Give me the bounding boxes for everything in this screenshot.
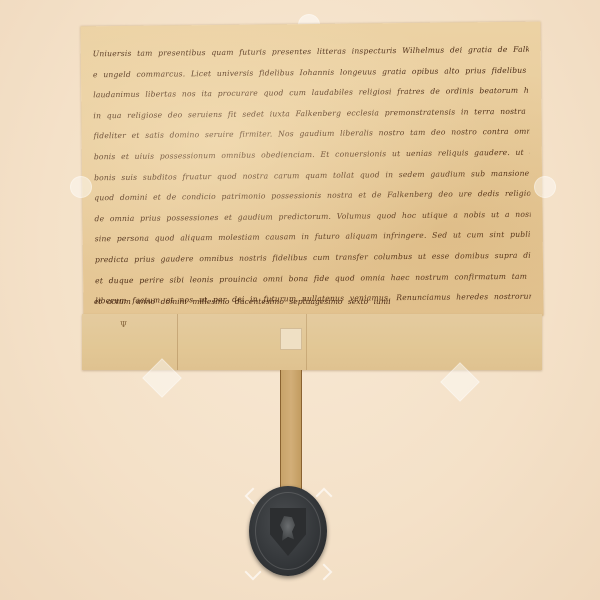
seal-clip-icon (245, 564, 262, 581)
wax-seal (249, 486, 327, 576)
plica-mark: Ψ (120, 320, 127, 329)
mount-corner-right (534, 176, 556, 198)
plica-fold: Ψ (82, 314, 542, 370)
mount-corner-left (70, 176, 92, 198)
charter-parchment: Uniuersis tam presentibus quam futuris p… (80, 22, 543, 321)
seal-slit (280, 328, 302, 350)
text-line-final: et actum anno domini millesimo ducentesi… (94, 297, 394, 306)
fold-crease (177, 314, 178, 370)
fold-crease (306, 314, 307, 370)
seal-clip-icon (316, 564, 333, 581)
seal-tag (280, 370, 302, 496)
